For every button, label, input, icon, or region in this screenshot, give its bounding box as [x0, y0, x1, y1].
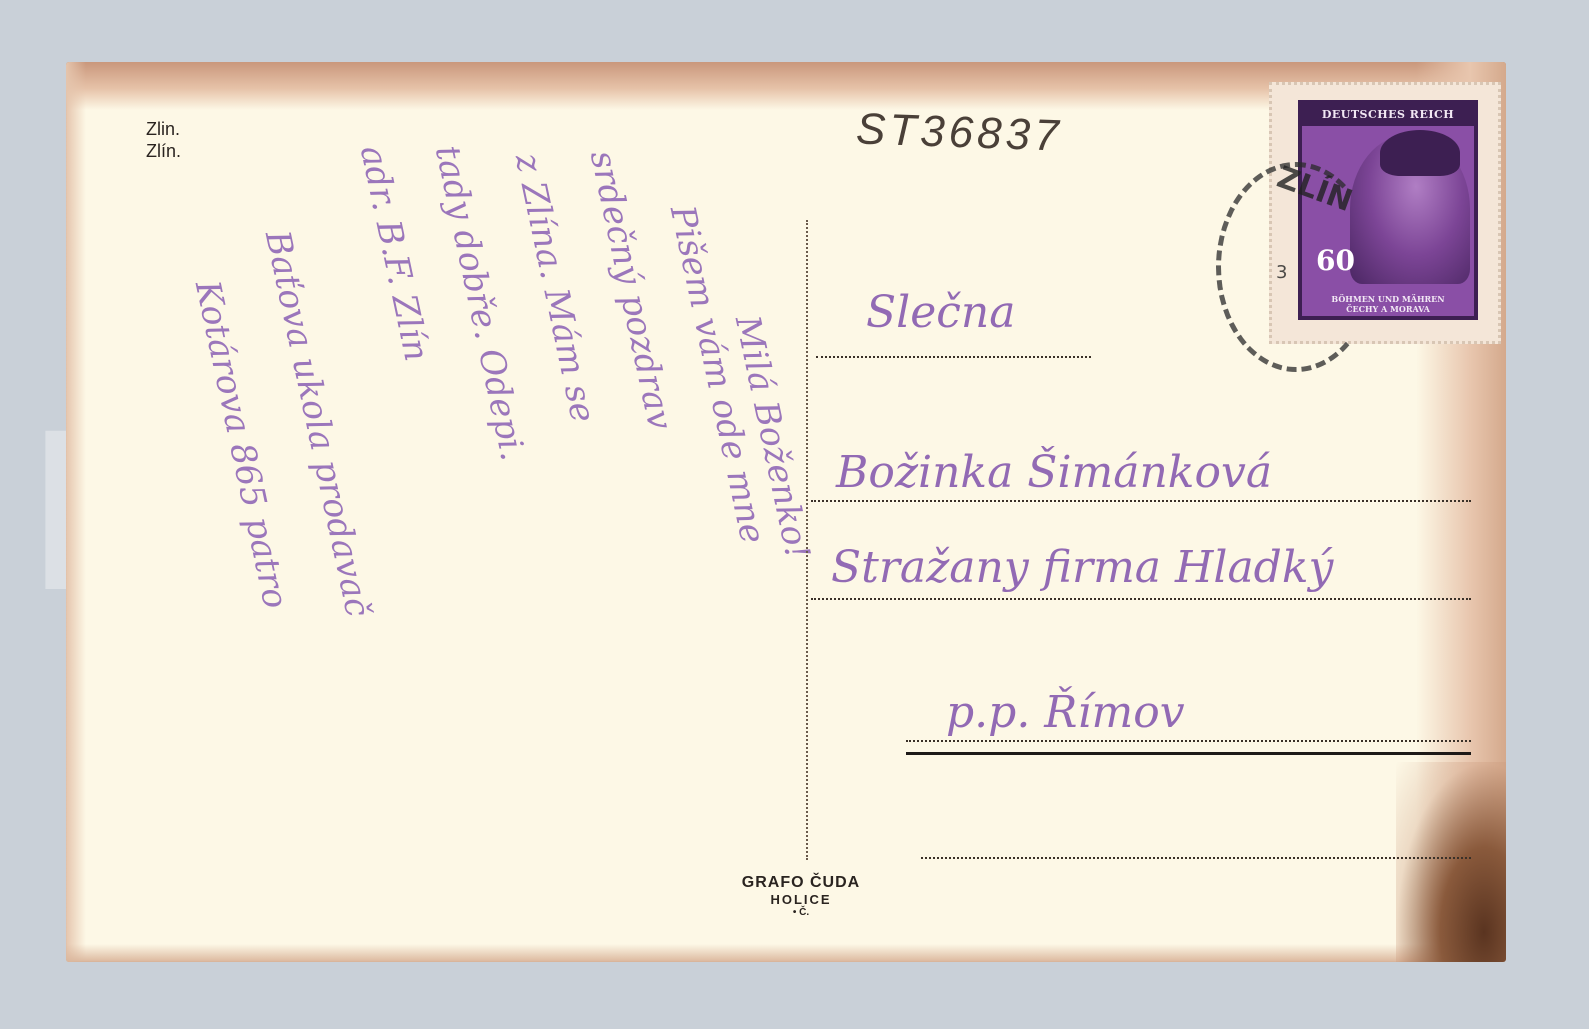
age-stain-bottom — [66, 944, 1506, 962]
address-line — [816, 356, 1091, 358]
age-stain-corner — [1396, 762, 1506, 962]
caption-line: Zlín. — [146, 140, 181, 162]
stamp-portrait-hair — [1380, 130, 1460, 176]
center-divider — [806, 220, 808, 860]
message-line: adr. B.F. Zlín — [352, 142, 437, 365]
printer-mark: GRAFO ČUDA HOLICE • Č. — [731, 874, 871, 918]
address-line — [906, 740, 1471, 742]
printed-caption: Zlin. Zlín. — [146, 118, 181, 162]
address-salutation: Slečna — [866, 287, 1015, 338]
age-stain-left — [66, 62, 86, 962]
printer-city: HOLICE — [731, 892, 871, 907]
address-line — [811, 598, 1471, 600]
address-line — [811, 500, 1471, 502]
printer-name: GRAFO ČUDA — [731, 874, 871, 892]
message-line: z Zlína. Mám se — [507, 150, 603, 426]
stock-number: ST36837 — [855, 104, 1063, 161]
address-underline — [906, 752, 1471, 755]
stamp-country: DEUTSCHES REICH — [1302, 104, 1474, 126]
address-post-office: p.p. Římov — [946, 687, 1185, 738]
address-name: Božinka Šimánková — [836, 447, 1272, 498]
postcard-back: Zlin. Zlín. ST36837 Milá Boženko! Pišem … — [66, 62, 1506, 962]
postmark-date: 3 — [1276, 262, 1287, 283]
address-street: Stražany firma Hladký — [831, 542, 1333, 593]
address-line — [921, 857, 1471, 859]
printer-suffix: • Č. — [731, 907, 871, 918]
caption-line: Zlin. — [146, 118, 181, 140]
